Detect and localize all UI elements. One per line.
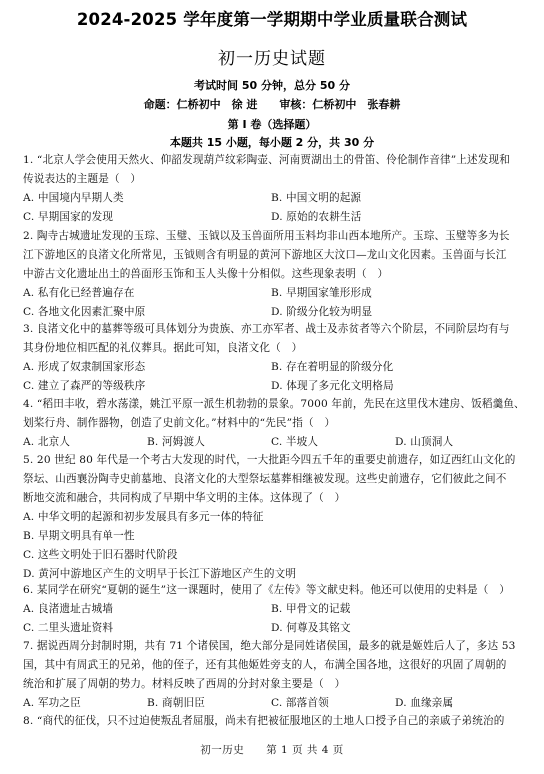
option-b: B. 早期文明具有单一性 — [23, 527, 515, 546]
option-b: B. 商朝旧臣 — [147, 694, 205, 713]
question-text: 统治和扩展了周朝的势力。材料反映了西周的分封对象主要是（ ） — [23, 675, 515, 694]
exam-page: 2024-2025 学年度第一学期期中学业质量联合测试 初一历史试题 考试时间 … — [0, 0, 544, 774]
option-b: B. 早期国家雏形形成 — [271, 284, 372, 303]
option-row: A. 中国境内早期人类 B. 中国文明的起源 — [23, 189, 515, 208]
section-instructions: 本题共 15 小题，每小题 2 分，共 30 分 — [0, 134, 544, 150]
question-text: 江下游地区的良渚文化所常见，玉钺则含有明显的黄河下游地区大汶口—龙山文化因素。玉… — [23, 246, 515, 265]
question-text: 8. “商代的征伐，只不过迫使叛乱者屈服，尚未有把被征服地区的土地人口授予自己的… — [23, 712, 515, 731]
option-b: B. 中国文明的起源 — [271, 189, 361, 208]
option-c: C. 半坡人 — [271, 433, 318, 452]
question-text: 其身份地位相匹配的礼仪葬具。据此可知，良渚文化（ ） — [23, 339, 515, 358]
question-text: 断地交流和融合，共同构成了早期中华文明的主体。这体现了（ ） — [23, 489, 515, 508]
section-title: 第 Ⅰ 卷（选择题） — [0, 116, 544, 132]
question-text: 划桨行舟、制作器物，创造了史前文化。”材料中的“先民”指（ ） — [23, 414, 515, 433]
question-6: 6. 某同学在研究“夏朝的诞生”这一课题时，使用了《左传》等文献史料。他还可以使… — [23, 581, 515, 638]
option-c: C. 这些文明处于旧石器时代阶段 — [23, 546, 515, 565]
option-a: A. 形成了奴隶制国家形态 — [23, 358, 145, 377]
option-d: D. 原始的农耕生活 — [271, 208, 362, 227]
question-text: 6. 某同学在研究“夏朝的诞生”这一课题时，使用了《左传》等文献史料。他还可以使… — [23, 581, 515, 600]
option-c: C. 二里头遗址资料 — [23, 619, 113, 638]
question-5: 5. 20 世纪 80 年代是一个考古大发现的时代，一大批距今四五千年的重要史前… — [23, 451, 515, 584]
option-row: A. 私有化已经普遍存在 B. 早期国家雏形形成 — [23, 284, 515, 303]
question-text: 祭坛、山西襄汾陶寺史前墓地、良渚文化的大型祭坛墓葬相继被发现。这些史前遗存，它们… — [23, 470, 515, 489]
option-c: C. 早期国家的发现 — [23, 208, 113, 227]
exam-title: 2024-2025 学年度第一学期期中学业质量联合测试 — [0, 6, 544, 30]
option-a: A. 中国境内早期人类 — [23, 189, 124, 208]
question-7: 7. 据说西周分封制时期，共有 71 个诸侯国，绝大部分是同姓诸侯国，最多的就是… — [23, 637, 515, 713]
option-a: A. 私有化已经普遍存在 — [23, 284, 135, 303]
option-row: C. 早期国家的发现 D. 原始的农耕生活 — [23, 208, 515, 227]
option-row: A. 军功之臣 B. 商朝旧臣 C. 部落首领 D. 血缘亲属 — [23, 694, 515, 713]
question-text: 7. 据说西周分封制时期，共有 71 个诸侯国，绝大部分是同姓诸侯国，最多的就是… — [23, 637, 515, 656]
option-d: D. 何尊及其铭文 — [271, 619, 351, 638]
question-2: 2. 陶寺古城遗址发现的玉琮、玉璧、玉钺以及玉兽面所用玉料均非山西本地所产。玉琮… — [23, 227, 515, 322]
question-text: 4. “稻田丰收，碧水荡漾，姚江平原一派生机勃勃的景象。7000 年前，先民在这… — [23, 395, 515, 414]
option-b: B. 甲骨文的记载 — [271, 600, 350, 619]
option-c: C. 部落首领 — [271, 694, 329, 713]
option-row: C. 建立了森严的等级秩序 D. 体现了多元化文明格局 — [23, 377, 515, 396]
question-text: 传说表达的主题是（ ） — [23, 170, 515, 189]
option-a: A. 军功之臣 — [23, 694, 81, 713]
page-footer: 初一历史 第 1 页 共 4 页 — [0, 742, 544, 757]
question-text: 2. 陶寺古城遗址发现的玉琮、玉璧、玉钺以及玉兽面所用玉料均非山西本地所产。玉琮… — [23, 227, 515, 246]
option-row: C. 二里头遗址资料 D. 何尊及其铭文 — [23, 619, 515, 638]
exam-authors: 命题：仁桥初中 徐 进 审核：仁桥初中 张春耕 — [0, 96, 544, 112]
question-text: 3. 良渚文化中的墓葬等级可具体划分为贵族、亦工亦军者、战士及赤贫者等六个阶层，… — [23, 320, 515, 339]
exam-info: 考试时间 50 分钟，总分 50 分 — [0, 77, 544, 93]
option-row: A. 良渚遗址古城墙 B. 甲骨文的记载 — [23, 600, 515, 619]
option-a: A. 中华文明的起源和初步发展具有多元一体的特征 — [23, 508, 515, 527]
option-b: B. 存在着明显的阶级分化 — [271, 358, 393, 377]
option-a: A. 北京人 — [23, 433, 70, 452]
exam-subtitle: 初一历史试题 — [0, 44, 544, 69]
option-row: A. 形成了奴隶制国家形态 B. 存在着明显的阶级分化 — [23, 358, 515, 377]
option-d: D. 血缘亲属 — [395, 694, 453, 713]
question-1: 1. “北京人学会使用天然火、仰韶发现葫芦纹彩陶壶、河南贾湖出土的骨笛、伶伦制作… — [23, 151, 515, 227]
question-text: 中游古文化遗址出土的兽面形玉饰和玉人头像十分相似。这些现象表明（ ） — [23, 265, 515, 284]
option-row: A. 北京人 B. 河姆渡人 C. 半坡人 D. 山顶洞人 — [23, 433, 515, 452]
question-8: 8. “商代的征伐，只不过迫使叛乱者屈服，尚未有把被征服地区的土地人口授予自己的… — [23, 712, 515, 731]
question-3: 3. 良渚文化中的墓葬等级可具体划分为贵族、亦工亦军者、战士及赤贫者等六个阶层，… — [23, 320, 515, 396]
option-a: A. 良渚遗址古城墙 — [23, 600, 113, 619]
question-text: 国，其中有周武王的兄弟，他的侄子，还有其他姬姓旁支的人，布满全国各地，这很好的巩… — [23, 656, 515, 675]
question-text: 1. “北京人学会使用天然火、仰韶发现葫芦纹彩陶壶、河南贾湖出土的骨笛、伶伦制作… — [23, 151, 515, 170]
option-c: C. 建立了森严的等级秩序 — [23, 377, 145, 396]
question-4: 4. “稻田丰收，碧水荡漾，姚江平原一派生机勃勃的景象。7000 年前，先民在这… — [23, 395, 515, 452]
question-text: 5. 20 世纪 80 年代是一个考古大发现的时代，一大批距今四五千年的重要史前… — [23, 451, 515, 470]
option-d: D. 山顶洞人 — [395, 433, 453, 452]
option-b: B. 河姆渡人 — [147, 433, 205, 452]
option-d: D. 体现了多元化文明格局 — [271, 377, 394, 396]
